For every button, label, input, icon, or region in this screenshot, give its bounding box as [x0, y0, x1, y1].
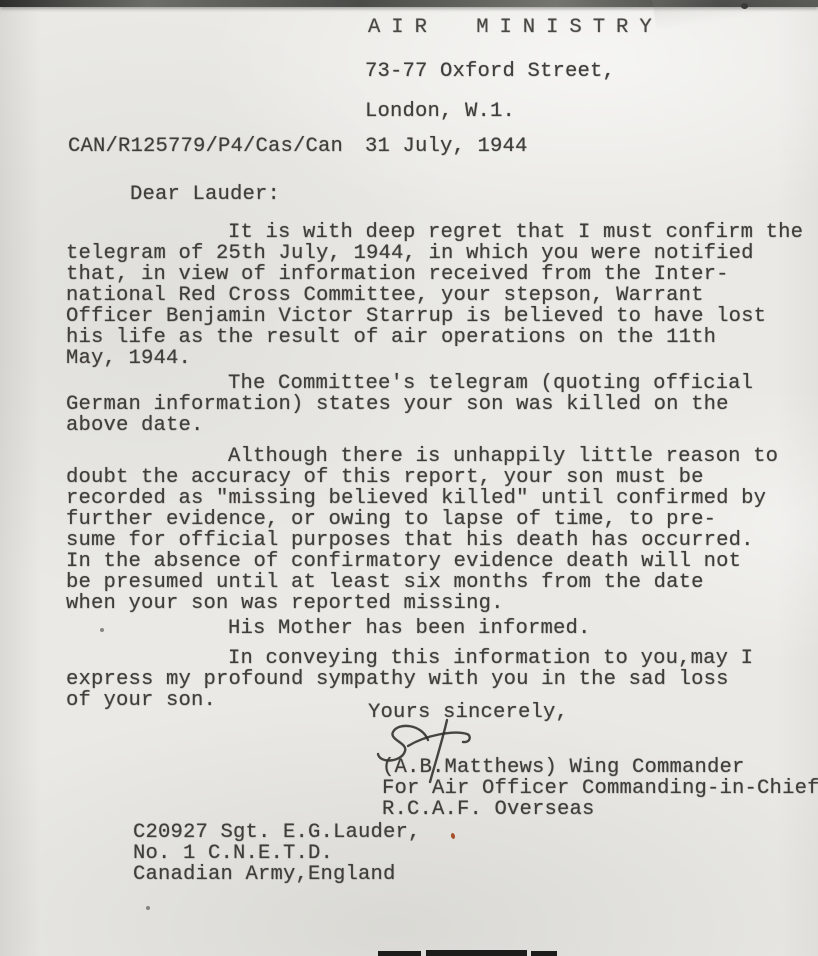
letterhead-title: AIR MINISTRY	[368, 17, 663, 38]
recipient-address: C20927 Sgt. E.G.Lauder, No. 1 C.N.E.T.D.…	[133, 822, 421, 885]
ink-speck	[450, 833, 455, 840]
paper-speck	[100, 628, 104, 632]
paragraph-4: His Mother has been informed.	[66, 618, 591, 639]
paragraph-1: It is with deep regret that I must confi…	[66, 222, 803, 369]
paper-speck	[146, 906, 150, 910]
paper-fold-top-right	[649, 0, 818, 58]
letter-page: AIR MINISTRY 73-77 Oxford Street, London…	[0, 0, 818, 956]
scan-artifact-bottom	[426, 950, 527, 956]
letterhead-address-line1: 73-77 Oxford Street,	[365, 61, 615, 82]
salutation: Dear Lauder:	[130, 184, 280, 205]
reference-number: CAN/R125779/P4/Cas/Can	[68, 136, 343, 157]
paragraph-2: The Committee's telegram (quoting offici…	[66, 373, 753, 436]
letter-date: 31 July, 1944	[365, 136, 528, 157]
paragraph-3: Although there is unhappily little reaso…	[66, 446, 778, 614]
scan-artifact-bottom	[378, 951, 421, 956]
scan-artifact-bottom	[531, 951, 557, 956]
signature-block: (A.B.Matthews) Wing Commander For Air Of…	[382, 757, 818, 820]
letterhead-address-line2: London, W.1.	[365, 101, 515, 122]
